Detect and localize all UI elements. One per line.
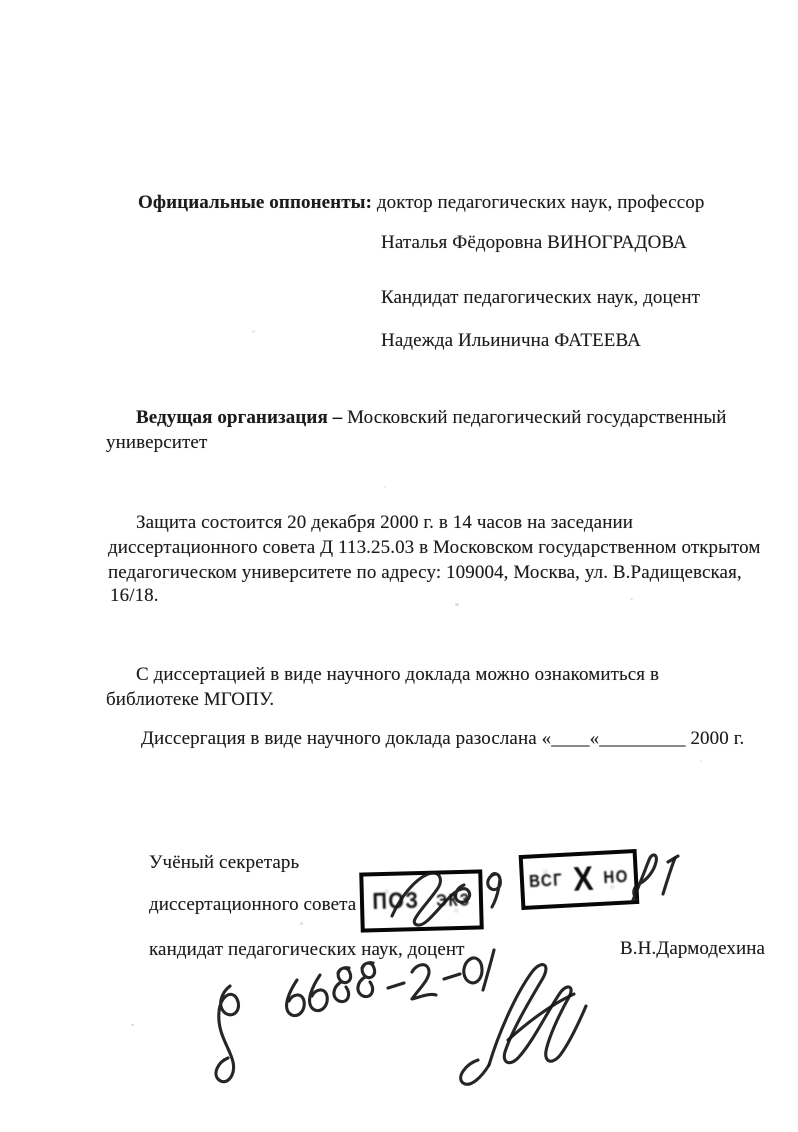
- stamp1-left-text: ПОЗ: [372, 888, 420, 916]
- opponent-2-name: Надежда Ильинична ФАТЕЕВА: [381, 328, 641, 353]
- scan-speck: [131, 1024, 134, 1026]
- scan-speck: [384, 486, 386, 488]
- stamp2-right-text: НО: [603, 867, 629, 888]
- secretary-name: В.Н.Дармодехина: [620, 936, 765, 961]
- scan-speck: [700, 760, 702, 762]
- scan-speck: [455, 603, 459, 606]
- opponents-line: Официальные оппоненты: доктор педагогиче…: [138, 190, 704, 215]
- secretary-line-3: кандидат педагогических наук, доцент: [149, 937, 465, 962]
- defense-line-3: педагогическом университете по адресу: 1…: [108, 560, 742, 585]
- stamp2-cross-mark: X: [572, 859, 594, 899]
- defense-line-4: 16/18.: [110, 583, 159, 608]
- opponents-degree-1: доктор педагогических наук, профессор: [372, 192, 704, 213]
- library-line-1: С диссертацией в виде научного доклада м…: [136, 662, 659, 687]
- opponents-label: Официальные оппоненты:: [138, 192, 372, 213]
- opponent-1-name: Наталья Фёдоровна ВИНОГРАДОВА: [381, 230, 687, 255]
- opponent-2-degree: Кандидат педагогических наук, доцент: [381, 285, 700, 310]
- scanned-document-page: Официальные оппоненты: доктор педагогиче…: [0, 0, 798, 1132]
- defense-line-1: Защита состоится 20 декабря 2000 г. в 14…: [136, 510, 633, 535]
- scan-speck: [252, 330, 255, 333]
- library-line-2: библиотеке МГОПУ.: [106, 687, 274, 712]
- leading-org-label: Ведущая организация –: [136, 407, 342, 428]
- secretary-line-2: диссертационного совета: [149, 892, 356, 917]
- stamp2-left-text: ВСГ: [529, 871, 564, 892]
- scan-speck: [300, 922, 303, 925]
- mailed-line: Диссергация в виде научного доклада разо…: [141, 726, 744, 751]
- leading-org-line-1: Ведущая организация – Московский педагог…: [136, 405, 727, 430]
- defense-line-2: диссертационного совета Д 113.25.03 в Мо…: [108, 535, 761, 560]
- scan-speck: [630, 598, 633, 600]
- ink-stamp-2: ВСГ X НО: [519, 849, 640, 910]
- leading-org-line-2: университет: [106, 430, 207, 455]
- ink-stamp-1: ПОЗ ЭКЗ: [359, 869, 484, 932]
- secretary-line-1: Учёный секретарь: [149, 850, 299, 875]
- handwritten-signature: [461, 965, 586, 1085]
- leading-org-rest: Московский педагогический государственны…: [342, 407, 726, 428]
- handwritten-number: [216, 950, 494, 1082]
- handwritten-scribble-over-stamp2: [633, 855, 678, 900]
- stamp1-right-text: ЭКЗ: [436, 890, 471, 910]
